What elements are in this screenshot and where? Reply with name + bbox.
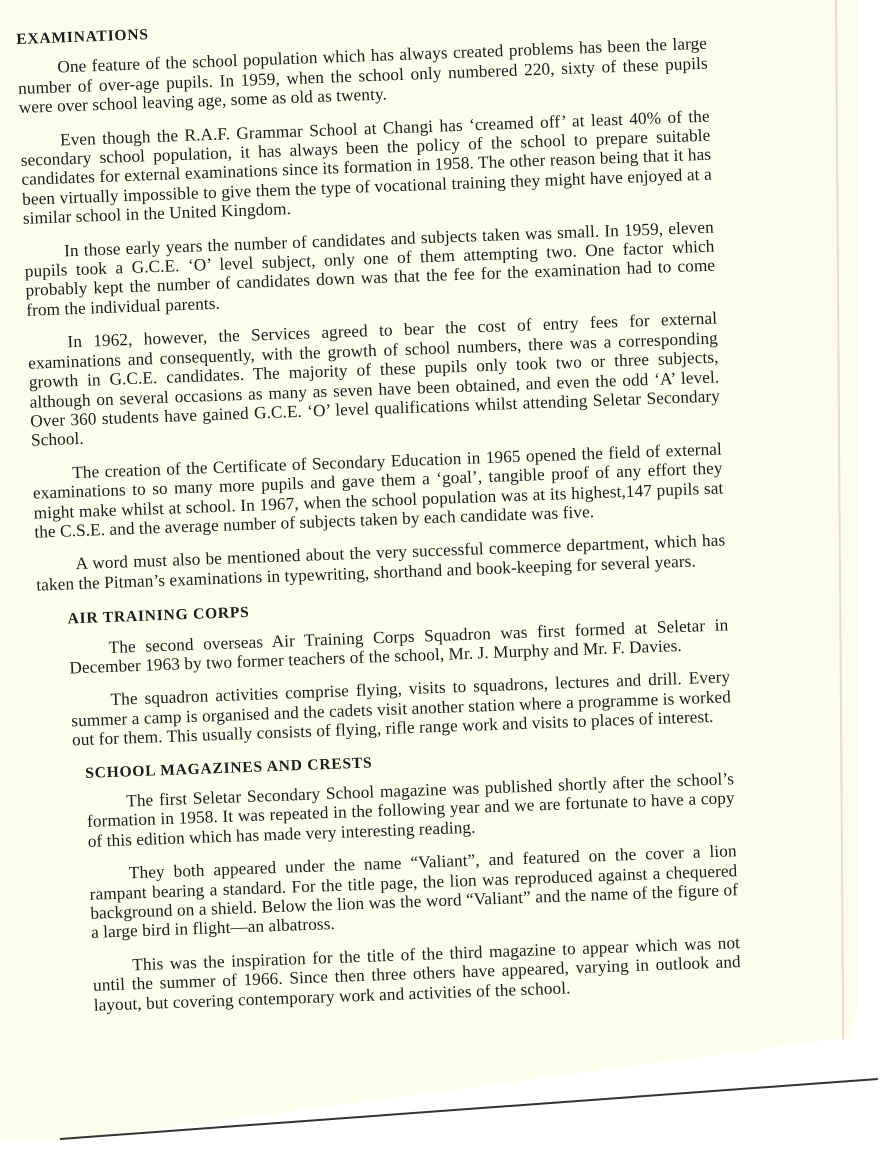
paragraph: The squadron activities comprise flying,… — [70, 668, 732, 750]
paragraph: In 1962, however, the Services agreed to… — [27, 309, 721, 451]
paragraph: The first Seletar Secondary School magaz… — [86, 769, 736, 851]
paragraph: Even though the R.A.F. Grammar School at… — [20, 106, 713, 228]
paragraph: The creation of the Certificate of Secon… — [32, 439, 724, 542]
paragraph: A word must also be mentioned about the … — [35, 531, 726, 595]
paragraph: In those early years the number of candi… — [24, 217, 716, 320]
section-examinations: EXAMINATIONS One feature of the school p… — [16, 5, 726, 595]
section-school-magazines: SCHOOL MAGAZINES AND CRESTS The first Se… — [85, 740, 742, 1015]
page-content: EXAMINATIONS One feature of the school p… — [16, 5, 742, 1031]
section-air-training-corps: AIR TRAINING CORPS The second overseas A… — [67, 585, 732, 750]
paragraph: This was the inspiration for the title o… — [92, 933, 742, 1015]
paragraph: They both appeared under the name “Valia… — [89, 841, 739, 942]
paragraph: One feature of the school population whi… — [17, 34, 709, 117]
